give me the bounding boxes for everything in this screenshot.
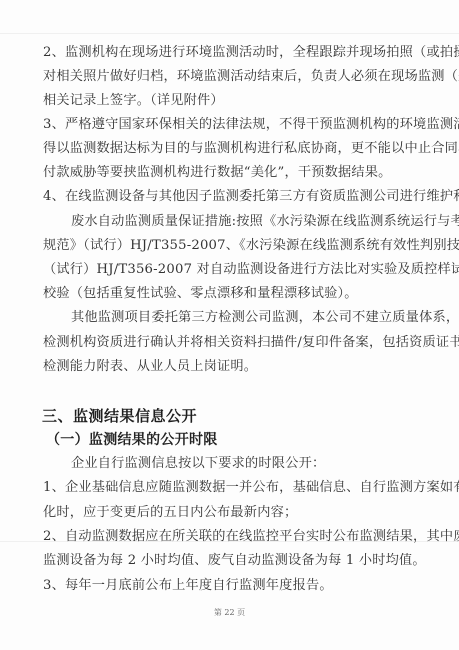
text-line: 3、严格遵守国家环保相关的法律法规，不得干预监测机构的环境监测活动，不 — [43, 116, 415, 134]
section-heading: 三、监测结果信息公开 — [42, 406, 197, 426]
text-line: 化时，应于变更后的五日内公布最新内容； — [43, 504, 415, 522]
text-line: 对相关照片做好归档，环境监测活动结束后，负责人必须在现场监测（采集） — [43, 68, 415, 86]
text-line: 1、企业基础信息应随监测数据一并公布，基础信息、自行监测方案如有调整变 — [43, 479, 415, 497]
text-line: 3、每年一月底前公布上年度自行监测年度报告。 — [43, 577, 415, 595]
text-line: 4、在线监测设备与其他因子监测委托第三方有资质监测公司进行维护和监测。 — [43, 188, 415, 206]
text-line: 2、监测机构在现场进行环境监测活动时，全程跟踪并现场拍照（或拍摄视频）， — [43, 44, 415, 62]
text-line: 废水自动监测质量保证措施:按照《水污染源在线监测系统运行与考核技术 — [71, 213, 415, 231]
text-line: 规范》（试行）HJ/T355-2007、《水污染源在线监测系统有效性判别技术规范… — [43, 237, 415, 255]
text-line: （试行）HJ/T356-2007 对自动监测设备进行方法比对实验及质控样试验、现… — [43, 261, 415, 279]
text-line: 监测设备为每 2 小时均值、废气自动监测设备为每 1 小时均值。 — [43, 552, 415, 570]
text-line: 付款威胁等要挟监测机构进行数据“美化”，干预数据结果。 — [43, 164, 415, 182]
text-line: 相关记录上签字。（详见附件） — [43, 92, 415, 110]
text-line: 企业自行监测信息按以下要求的时限公开： — [71, 455, 415, 473]
text-line: 检测机构资质进行确认并将相关资料扫描件/复印件备案，包括资质证书、资质 — [43, 334, 415, 352]
text-line: 校验（包括重复性试验、零点漂移和量程漂移试验）。 — [43, 285, 415, 303]
scan-artifact-line — [0, 33, 459, 34]
text-line: 2、自动监测数据应在所关联的在线监控平台实时公布监测结果，其中废水自动 — [43, 528, 415, 546]
text-line: 得以监测数据达标为目的与监测机构进行私底协商，更不能以中止合同、拒绝 — [43, 140, 415, 158]
page-number: 第 22 页 — [0, 608, 459, 618]
subsection-heading: （一）监测结果的公开时限 — [46, 430, 218, 450]
document-page: 2、监测机构在现场进行环境监测活动时，全程跟踪并现场拍照（或拍摄视频）， 对相关… — [0, 0, 459, 650]
text-line: 其他监测项目委托第三方检测公司监测，本公司不建立质量体系，但已对 — [71, 309, 415, 327]
text-line: 检测能力附表、从业人员上岗证明。 — [43, 358, 415, 376]
